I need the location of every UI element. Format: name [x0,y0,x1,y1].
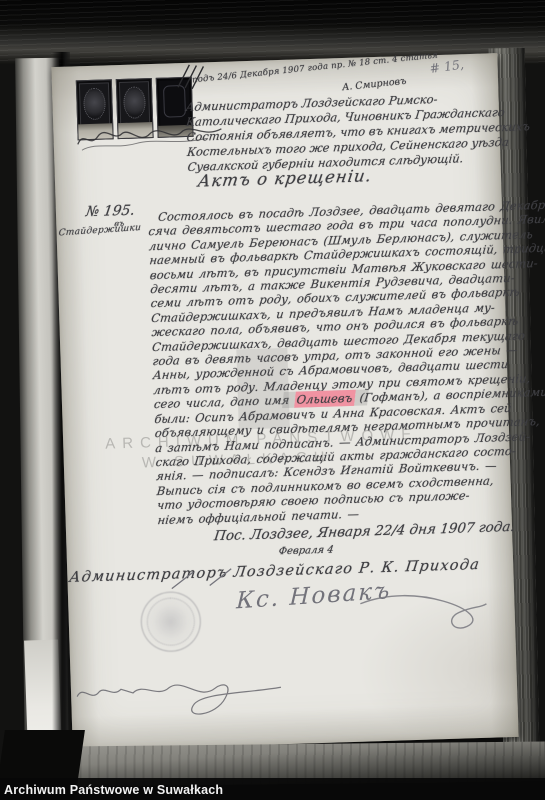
body-paragraph: Состоялось въ посадѣ Лоздзее, двадцать д… [148,199,510,527]
parish-seal-stamp [140,591,202,653]
pencil-signature-flourish [358,582,490,641]
header-paragraph: Администраторъ Лоздзейскаго Римско-Катол… [185,91,487,175]
bottom-left-signature-flourish [73,672,289,729]
eagle-emblem-icon [83,87,106,120]
pencil-page-number: # 15, [429,56,465,76]
frame-emblem-icon [163,85,186,118]
filing-note-signature: А. Смирновъ [342,76,407,93]
act-number: № 195. [85,203,136,221]
document-page: подъ 24/6 Декабря 1907 года пр. № 18 ст.… [51,53,518,751]
act-place-note: Стайдержишки [58,223,141,239]
administrator-signature-line: Администраторъ Лоздзейскаго Р. К. Приход… [68,556,500,586]
pencil-slashes [167,567,238,591]
archival-scan-scene: подъ 24/6 Декабря 1907 года пр. № 18 ст.… [0,0,545,800]
archive-footer-label: Archiwum Państwowe w Suwałkach [4,783,223,797]
closing-date-subline: Февраля 4 [278,545,334,558]
eagle-emblem-icon [123,86,146,119]
